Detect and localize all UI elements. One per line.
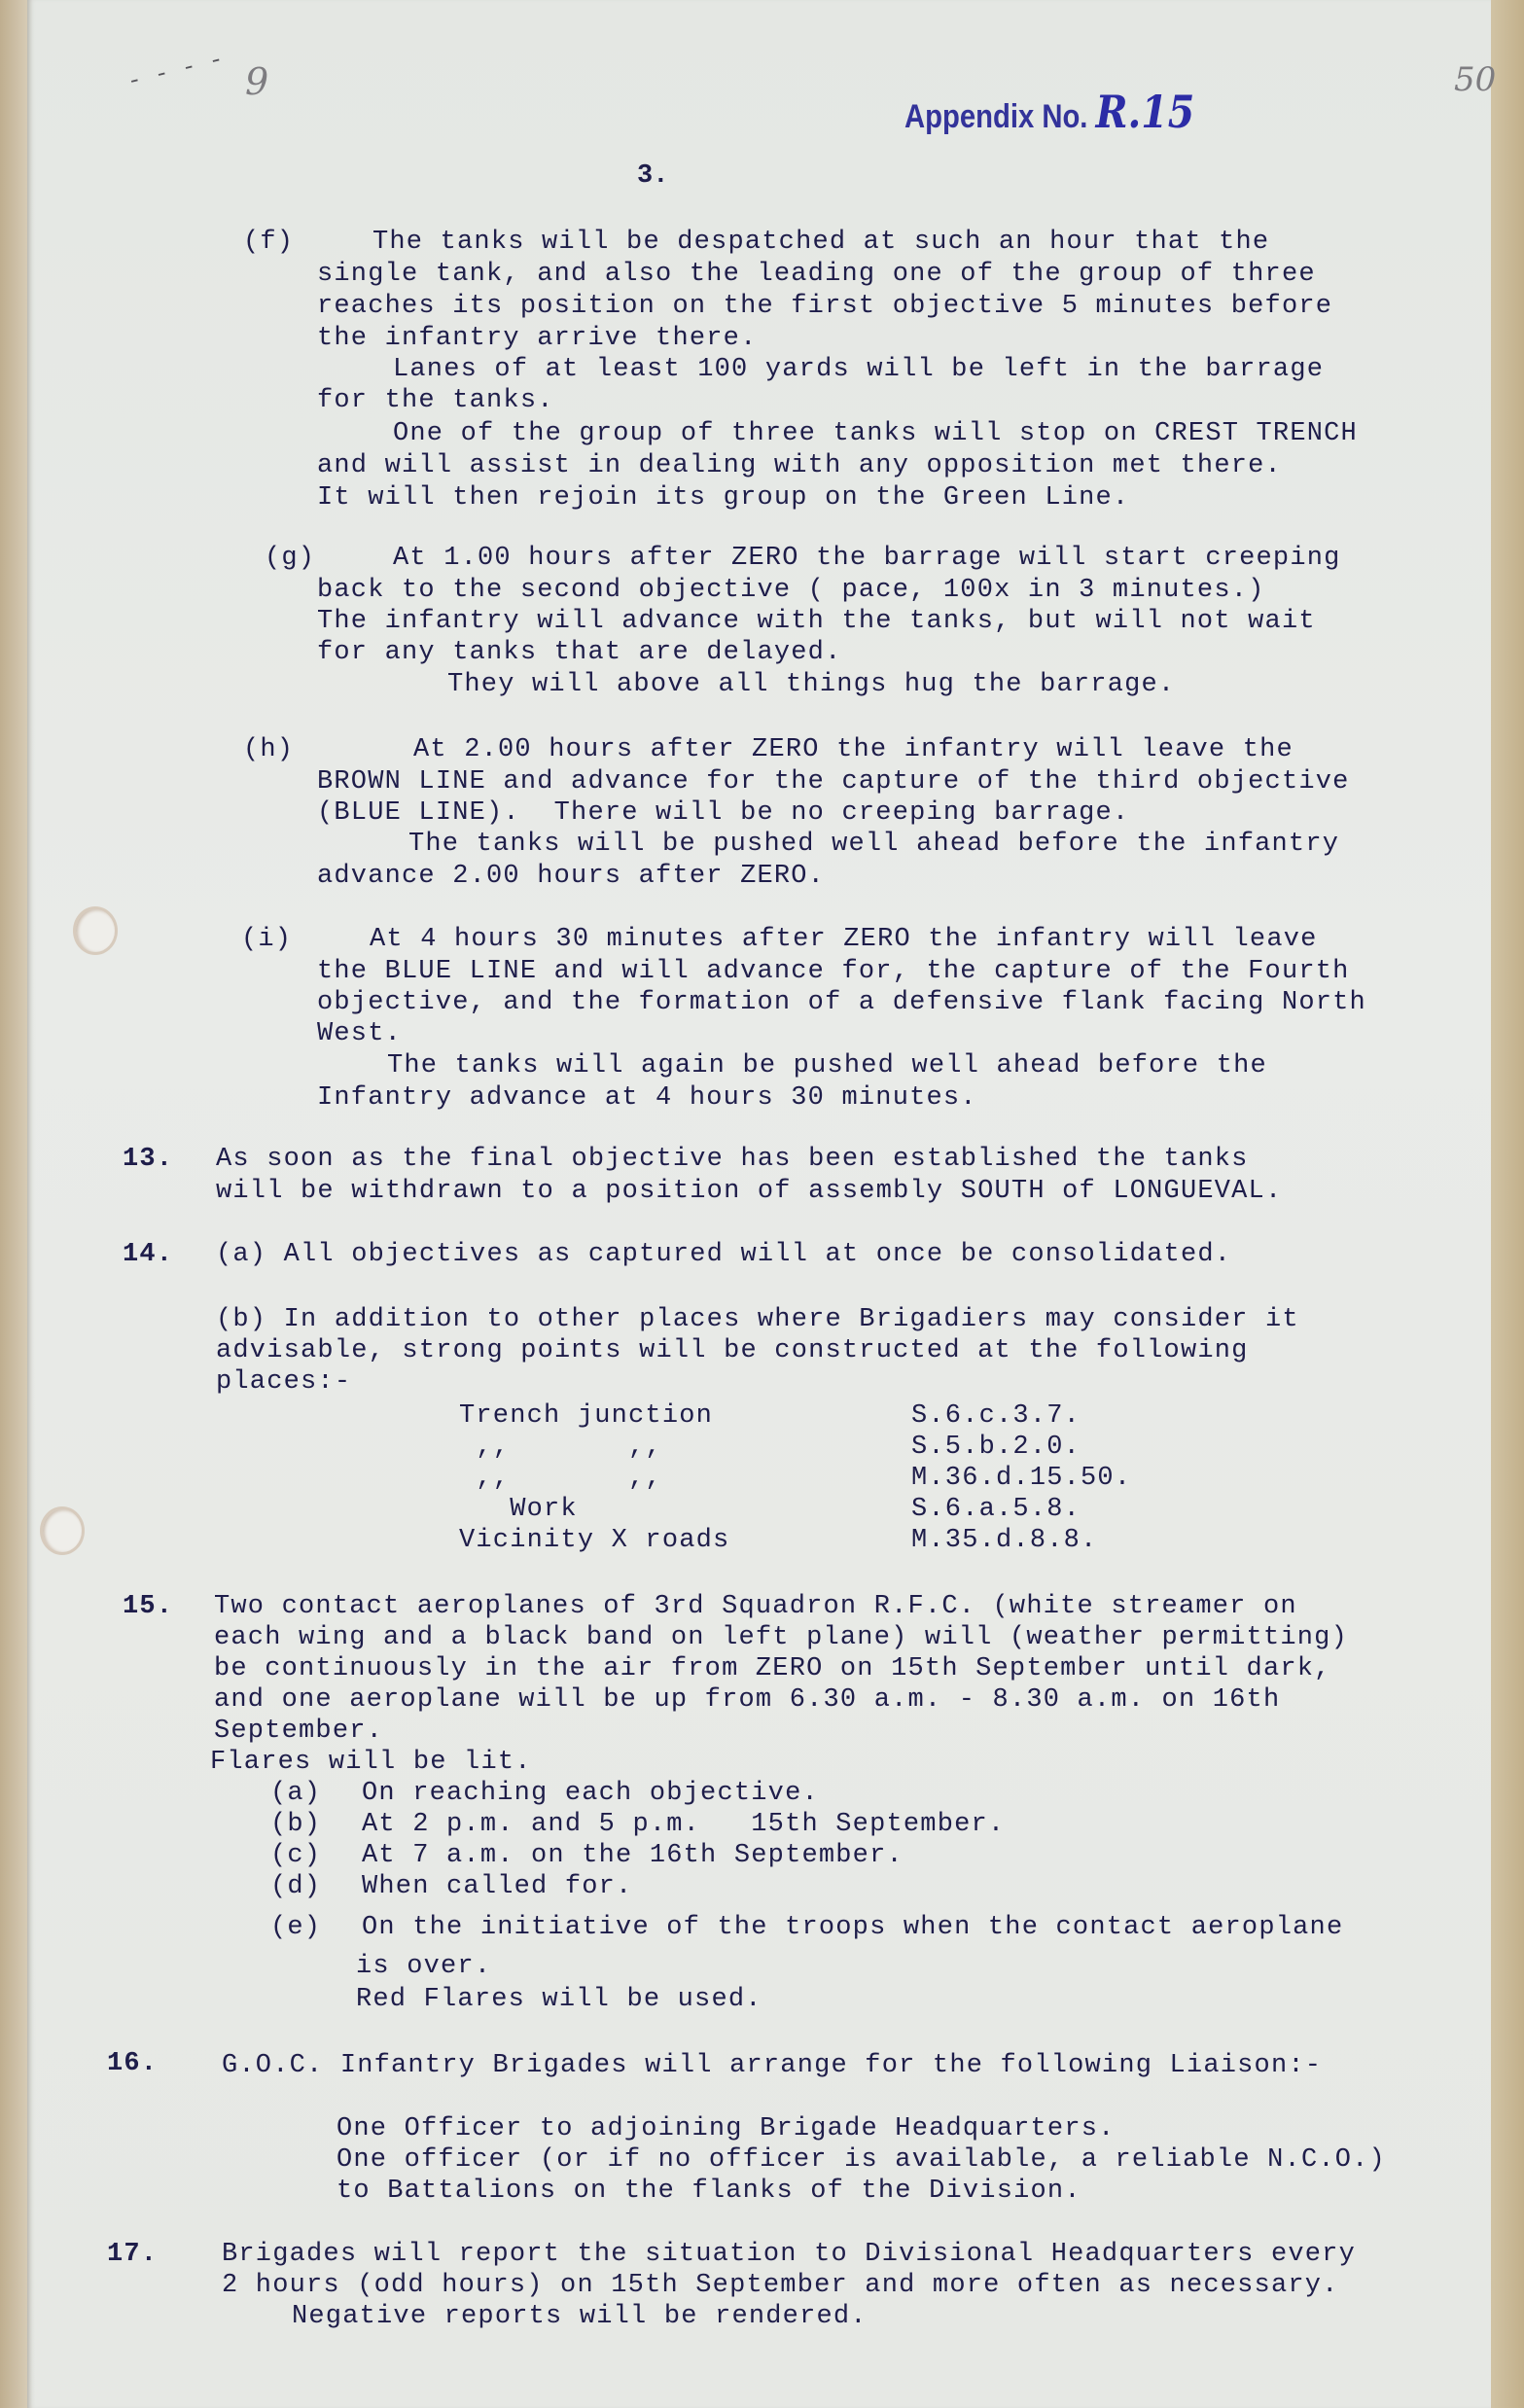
para-h-line: The tanks will be pushed well ahead befo… xyxy=(408,829,1339,860)
para-15-line: and one aeroplane will be up from 6.30 a… xyxy=(214,1684,1280,1716)
flare-text: At 2 p.m. and 5 p.m. 15th September. xyxy=(362,1809,1005,1840)
para-g-line: for any tanks that are delayed. xyxy=(317,637,841,668)
page-number: 3. xyxy=(637,161,668,191)
para-f-line: single tank, and also the leading one of… xyxy=(317,259,1316,290)
strong-point-place: ,, ,, xyxy=(459,1432,662,1463)
para-13-line: As soon as the final objective has been … xyxy=(216,1144,1249,1175)
para-17-line: 2 hours (odd hours) on 15th September an… xyxy=(222,2270,1339,2301)
flare-text: On reaching each objective. xyxy=(362,1778,819,1809)
flare-label: (a) xyxy=(270,1778,321,1809)
para-14b-line: advisable, strong points will be constru… xyxy=(216,1335,1249,1366)
para-16-intro: G.O.C. Infantry Brigades will arrange fo… xyxy=(222,2050,1322,2081)
pencil-folio-left: 9 xyxy=(245,60,268,103)
para-16-line: to Battalions on the flanks of the Divis… xyxy=(337,2176,1081,2207)
pencil-folio-right: 50 xyxy=(1454,60,1496,99)
para-13-number: 13. xyxy=(123,1144,173,1175)
para-i-line: objective, and the formation of a defens… xyxy=(317,987,1366,1018)
para-g-line: At 1.00 hours after ZERO the barrage wil… xyxy=(393,543,1341,574)
para-g-line: back to the second objective ( pace, 100… xyxy=(317,575,1265,606)
para-15-line: Flares will be lit. xyxy=(210,1747,532,1778)
para-16-line: One Officer to adjoining Brigade Headqua… xyxy=(337,2113,1116,2144)
para-i-line: Infantry advance at 4 hours 30 minutes. xyxy=(317,1082,977,1114)
para-14b-line: (b) In addition to other places where Br… xyxy=(216,1304,1299,1335)
para-14-number: 14. xyxy=(123,1239,173,1270)
strong-point-place: Vicinity X roads xyxy=(459,1525,729,1556)
para-16-number: 16. xyxy=(107,2048,158,2079)
strong-point-ref: S.5.b.2.0. xyxy=(911,1432,1081,1463)
strong-point-place: Work xyxy=(459,1494,578,1525)
para-f-line: The tanks will be despatched at such an … xyxy=(372,227,1269,258)
para-i-label: (i) xyxy=(241,924,292,955)
para-15-number: 15. xyxy=(123,1591,173,1622)
para-f-line: for the tanks. xyxy=(317,385,554,416)
para-f-label: (f) xyxy=(243,227,294,258)
red-flares-note: Red Flares will be used. xyxy=(356,1984,762,2015)
paper-edge-right xyxy=(1491,0,1524,2408)
para-15-line: be continuously in the air from ZERO on … xyxy=(214,1653,1331,1684)
para-f-line: One of the group of three tanks will sto… xyxy=(393,418,1358,449)
para-f-line: reaches its position on the first object… xyxy=(317,291,1332,322)
para-17-line: Brigades will report the situation to Di… xyxy=(222,2239,1356,2270)
punch-hole-icon xyxy=(76,909,115,952)
para-15-line: Two contact aeroplanes of 3rd Squadron R… xyxy=(214,1591,1297,1622)
appendix-stamp: Appendix No. R.15 xyxy=(904,86,1194,138)
para-h-line: BROWN LINE and advance for the capture o… xyxy=(317,766,1350,797)
para-14a: (a) All objectives as captured will at o… xyxy=(216,1239,1231,1270)
punch-hole-icon xyxy=(43,1509,82,1552)
para-h-line: (BLUE LINE). There will be no creeping b… xyxy=(317,797,1129,829)
strong-point-ref: S.6.a.5.8. xyxy=(911,1494,1081,1525)
para-g-line: They will above all things hug the barra… xyxy=(447,669,1175,700)
strong-point-place: ,, ,, xyxy=(459,1463,662,1494)
para-g-line: The infantry will advance with the tanks… xyxy=(317,606,1316,637)
para-h-label: (h) xyxy=(243,734,294,765)
flare-text: At 7 a.m. on the 16th September. xyxy=(362,1840,904,1871)
strong-point-ref: M.35.d.8.8. xyxy=(911,1525,1097,1556)
flare-text: When called for. xyxy=(362,1871,632,1902)
para-14b-line: places:- xyxy=(216,1366,351,1398)
para-i-line: The tanks will again be pushed well ahea… xyxy=(387,1050,1267,1081)
para-f-line: and will assist in dealing with any oppo… xyxy=(317,450,1282,481)
paper-edge-left xyxy=(0,0,27,2408)
strong-point-ref: S.6.c.3.7. xyxy=(911,1400,1081,1432)
strong-point-ref: M.36.d.15.50. xyxy=(911,1463,1131,1494)
para-g-label: (g) xyxy=(265,543,315,574)
para-17-number: 17. xyxy=(107,2239,158,2270)
para-17-line: Negative reports will be rendered. xyxy=(292,2301,868,2332)
flare-label: (c) xyxy=(270,1840,321,1871)
para-i-line: West. xyxy=(317,1018,402,1049)
para-i-line: the BLUE LINE and will advance for, the … xyxy=(317,956,1350,987)
para-f-line: Lanes of at least 100 yards will be left… xyxy=(393,354,1324,385)
para-i-line: At 4 hours 30 minutes after ZERO the inf… xyxy=(370,924,1318,955)
stamp-label: Appendix No. xyxy=(904,98,1087,135)
flare-label: (e) xyxy=(270,1912,321,1943)
flare-label: (b) xyxy=(270,1809,321,1840)
para-15-line: September. xyxy=(214,1716,383,1747)
flare-label: (d) xyxy=(270,1871,321,1902)
para-h-line: At 2.00 hours after ZERO the infantry wi… xyxy=(413,734,1294,765)
para-f-line: It will then rejoin its group on the Gre… xyxy=(317,482,1129,513)
para-13-line: will be withdrawn to a position of assem… xyxy=(216,1176,1282,1207)
para-h-line: advance 2.00 hours after ZERO. xyxy=(317,861,825,892)
flare-continuation: is over. xyxy=(356,1951,491,1982)
para-f-line: the infantry arrive there. xyxy=(317,323,757,354)
para-16-line: One officer (or if no officer is availab… xyxy=(337,2144,1386,2176)
flare-text: On the initiative of the troops when the… xyxy=(362,1912,1343,1943)
strong-point-place: Trench junction xyxy=(459,1400,713,1432)
para-15-line: each wing and a black band on left plane… xyxy=(214,1622,1348,1653)
stamp-reference: R.15 xyxy=(1096,86,1195,138)
